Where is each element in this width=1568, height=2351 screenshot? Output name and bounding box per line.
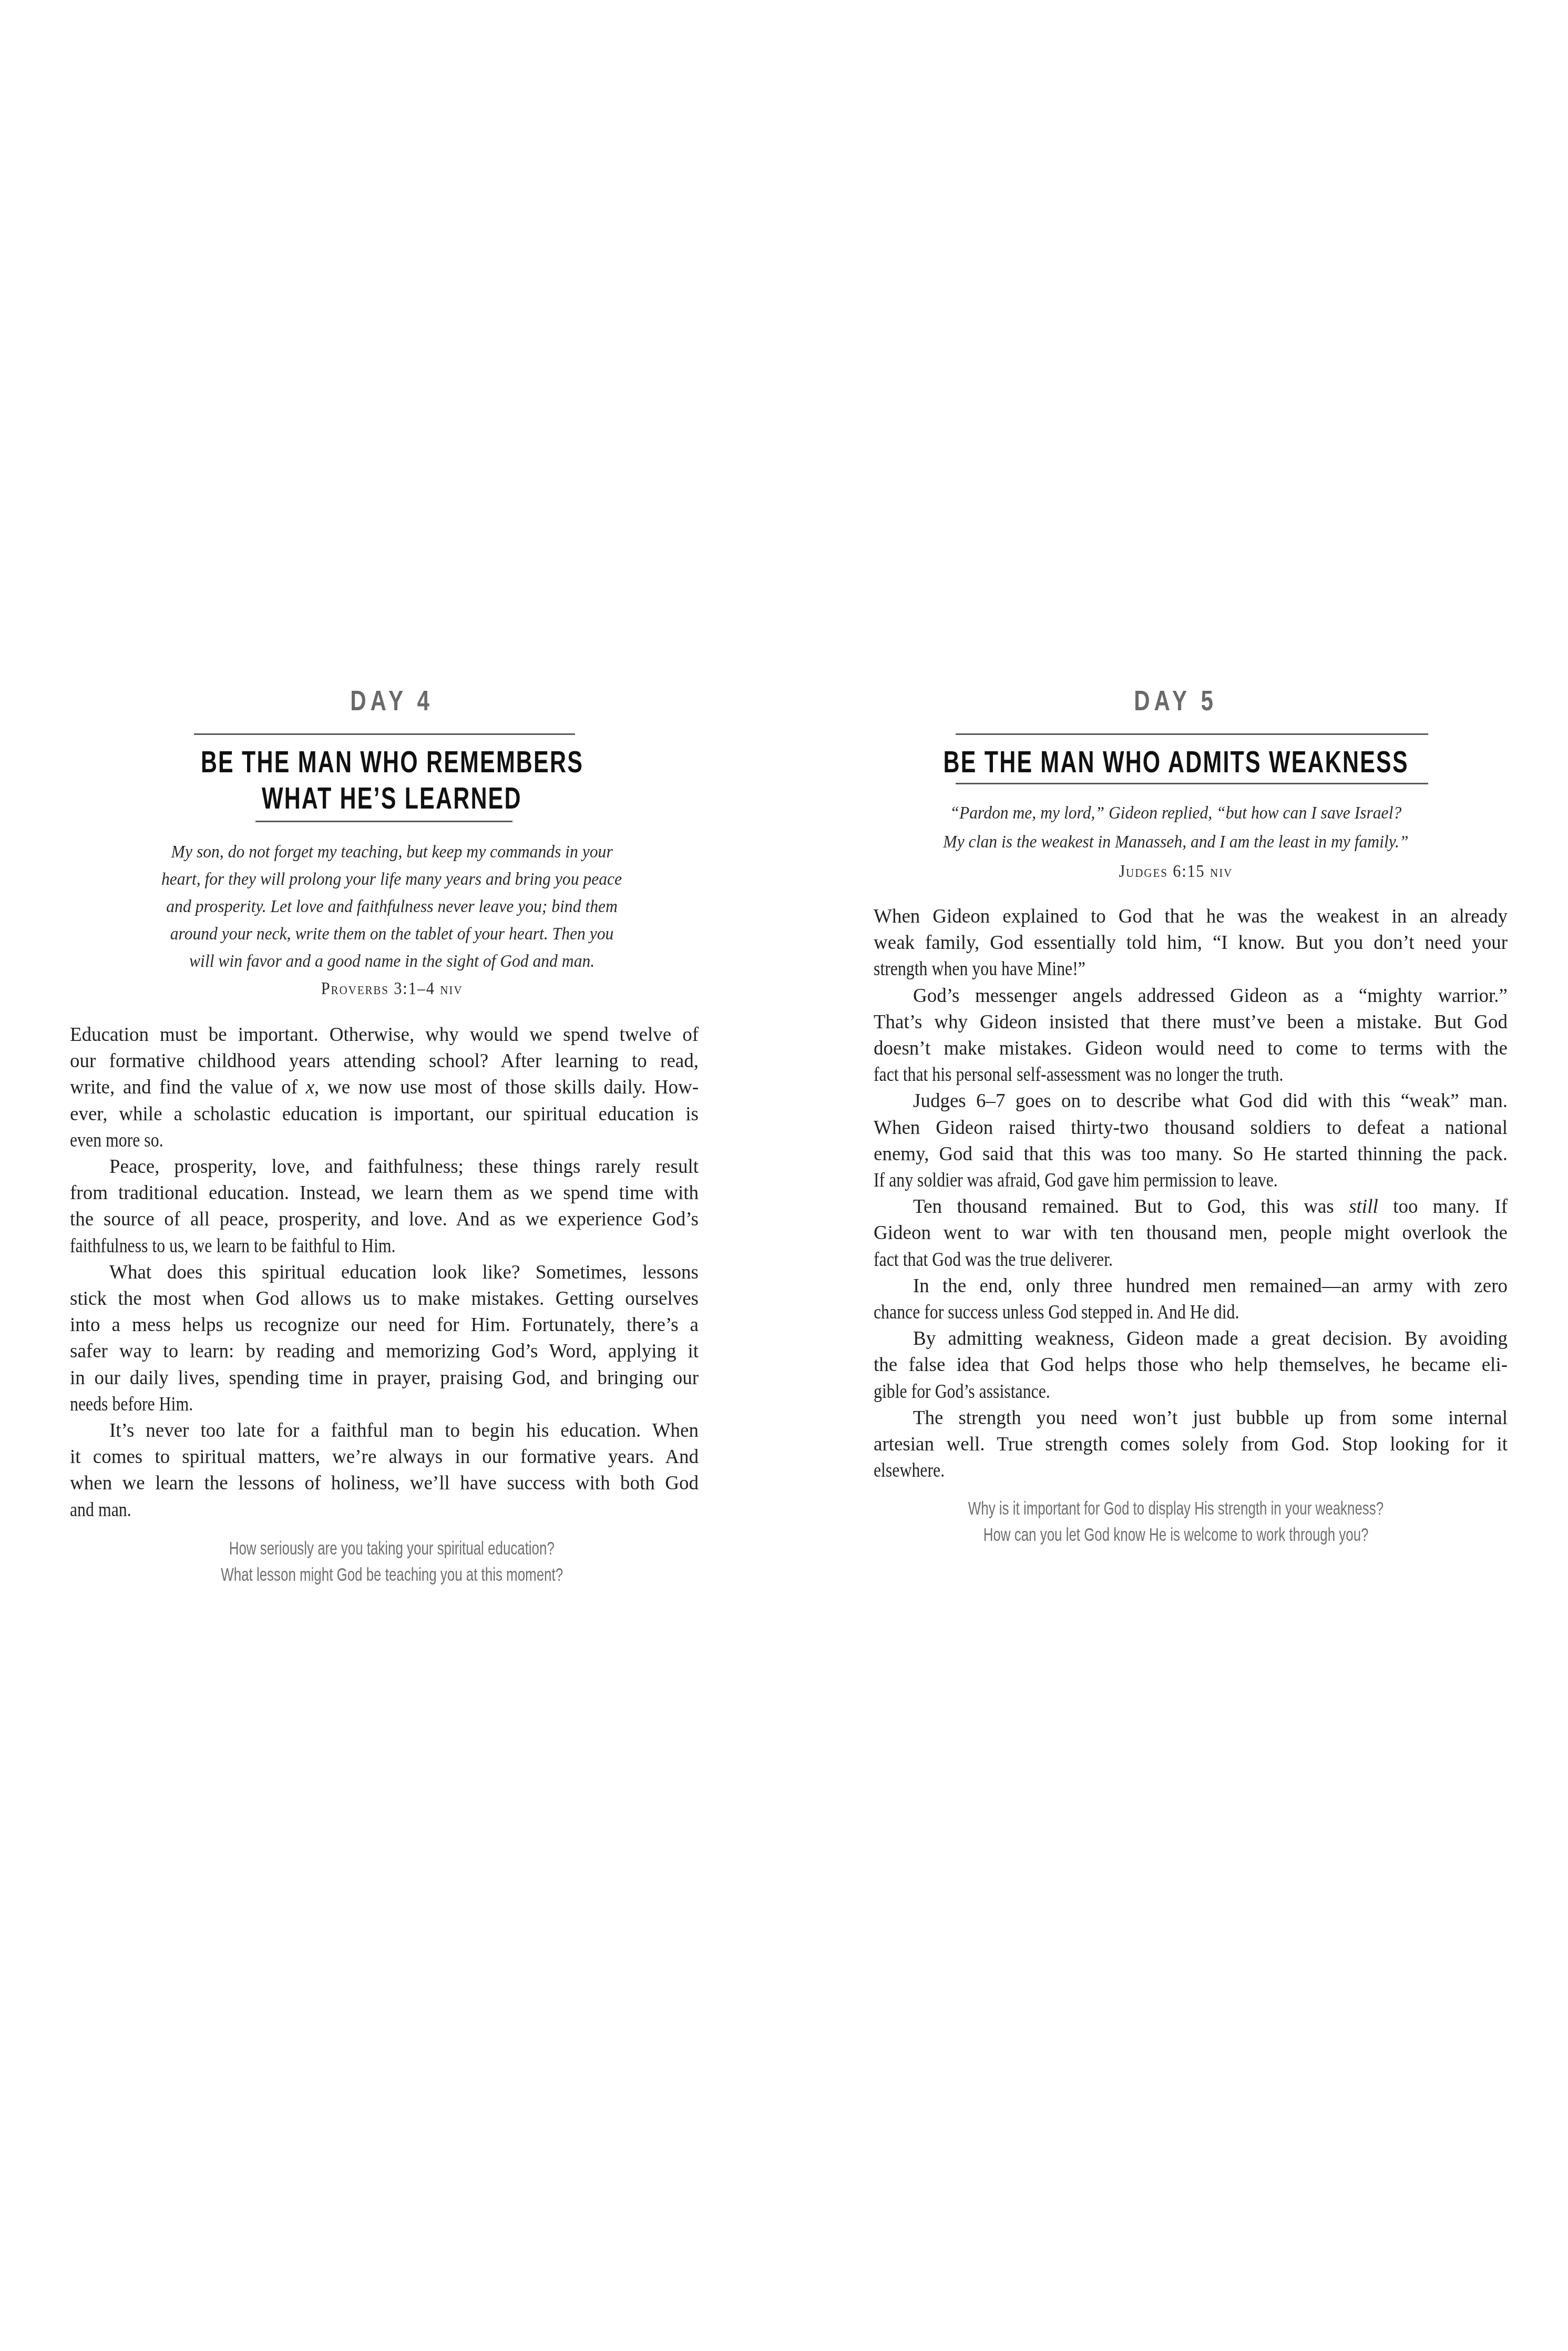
reflection-question-2: What lesson might God be teaching you at… (0, 1566, 784, 1584)
body-text-line: ever, while a scholastic education is im… (70, 1105, 699, 1126)
epigraph-text: around your neck, write them on the tabl… (170, 925, 614, 943)
body-text-line: Judges 6–7 goes on to describe what God … (913, 1091, 1508, 1112)
epigraph-text: will win favor and a good name in the si… (189, 953, 595, 970)
body-text-line: faithfulness to us, we learn to be faith… (70, 1236, 699, 1258)
body-text-line: safer way to learn: by reading and memor… (70, 1342, 699, 1363)
body-text-line: into a mess helps us recognize our need … (70, 1315, 699, 1336)
body-text-line: enemy, God said that this was too many. … (874, 1144, 1508, 1166)
body-text-line: fact that God was the true deliverer. (874, 1250, 1508, 1271)
epigraph-text: My clan is the weakest in Manasseh, and … (943, 833, 1408, 851)
title-rule-bottom (956, 783, 1428, 784)
body-text-line: stick the most when God allows us to mak… (70, 1289, 699, 1310)
emphasis: still (1349, 1196, 1378, 1218)
scripture-reference: Proverbs 3:1–4 niv (0, 980, 784, 998)
scripture-reference: Judges 6:15 niv (784, 863, 1568, 881)
body-text-line: Gideon went to war with ten thousand men… (874, 1223, 1508, 1244)
body-text-line: it comes to spiritual matters, we’re alw… (70, 1447, 699, 1468)
body-text-line: It’s never too late for a faithful man t… (109, 1421, 699, 1442)
body-text-line: When Gideon raised thirty-two thousand s… (874, 1118, 1508, 1139)
day-label: DAY 4 (0, 684, 784, 717)
body-text-line: What does this spiritual education look … (109, 1263, 699, 1284)
body-text-line: needs before Him. (70, 1395, 699, 1416)
epigraph-line: My son, do not forget my teaching, but k… (0, 843, 784, 861)
body-text-line: from traditional education. Instead, we … (70, 1183, 699, 1204)
body-text-line: the false idea that God helps those who … (874, 1355, 1508, 1376)
body-text-line: weak family, God essentially told him, “… (874, 933, 1508, 954)
body-text-line: elsewhere. (874, 1461, 1508, 1482)
epigraph-text: and prosperity. Let love and faithfulnes… (166, 898, 618, 916)
devotion-title: BE THE MAN WHO ADMITS WEAKNESS (784, 747, 1568, 778)
body-text-line: write, and find the value of x, we now u… (70, 1078, 699, 1099)
epigraph-line: heart, for they will prolong your life m… (0, 871, 784, 888)
body-text-line: Peace, prosperity, love, and faithfulnes… (109, 1157, 699, 1178)
body-text-line: In the end, only three hundred men remai… (913, 1276, 1508, 1297)
reflection-question-1: How seriously are you taking your spirit… (0, 1539, 784, 1558)
body-text-line: If any soldier was afraid, God gave him … (874, 1171, 1508, 1192)
body-text-line: even more so. (70, 1131, 699, 1152)
title-rule-bottom (255, 821, 513, 822)
body-text-line: fact that his personal self-assessment w… (874, 1065, 1508, 1086)
body-text-line: Ten thousand remained. But to God, this … (913, 1197, 1508, 1218)
body-text-line: That’s why Gideon insisted that there mu… (874, 1013, 1508, 1034)
epigraph-line: will win favor and a good name in the si… (0, 953, 784, 970)
body-text-line: in our daily lives, spending time in pra… (70, 1368, 699, 1389)
body-text-line: our formative childhood years attending … (70, 1051, 699, 1072)
title-rule-top (194, 733, 575, 735)
body-text-line: doesn’t make mistakes. Gideon would need… (874, 1039, 1508, 1060)
title-rule-top (956, 733, 1428, 735)
body-text-line: and man. (70, 1500, 699, 1521)
epigraph-line: “Pardon me, my lord,” Gideon replied, “b… (784, 804, 1568, 822)
epigraph-text: My son, do not forget my teaching, but k… (171, 843, 612, 861)
epigraph-line: My clan is the weakest in Manasseh, and … (784, 833, 1568, 851)
body-text-line: when we learn the lessons of holiness, w… (70, 1474, 699, 1495)
body-text-line: chance for success unless God stepped in… (874, 1303, 1508, 1324)
emphasis: x (306, 1077, 314, 1098)
epigraph-text: “Pardon me, my lord,” Gideon replied, “b… (950, 804, 1402, 822)
epigraph-line: and prosperity. Let love and faithfulnes… (0, 898, 784, 916)
body-text-line: the source of all peace, prosperity, and… (70, 1210, 699, 1231)
day-label: DAY 5 (784, 684, 1568, 717)
reflection-question-2: How can you let God know He is welcome t… (784, 1526, 1568, 1544)
reflection-question-1: Why is it important for God to display H… (784, 1499, 1568, 1518)
page-day-4: DAY 4 BE THE MAN WHO REMEMBERS WHAT HE’S… (0, 0, 784, 2351)
body-text-line: strength when you have Mine!” (874, 959, 1508, 980)
body-text-line: God’s messenger angels addressed Gideon … (913, 986, 1508, 1007)
body-text-line: The strength you need won’t just bubble … (913, 1408, 1508, 1429)
epigraph-text: heart, for they will prolong your life m… (161, 871, 622, 888)
body-text-line: Education must be important. Otherwise, … (70, 1025, 699, 1046)
body-text-line: gible for God’s assistance. (874, 1382, 1508, 1403)
body-text-line: When Gideon explained to God that he was… (874, 907, 1508, 928)
epigraph-line: around your neck, write them on the tabl… (0, 925, 784, 943)
body-text-line: artesian well. True strength comes solel… (874, 1435, 1508, 1456)
devotion-title-line-1: BE THE MAN WHO REMEMBERS (0, 747, 784, 778)
page-day-5: DAY 5 BE THE MAN WHO ADMITS WEAKNESS “Pa… (784, 0, 1568, 2351)
body-text-line: By admitting weakness, Gideon made a gre… (913, 1329, 1508, 1350)
devotion-title-line-2: WHAT HE’S LEARNED (0, 783, 784, 814)
